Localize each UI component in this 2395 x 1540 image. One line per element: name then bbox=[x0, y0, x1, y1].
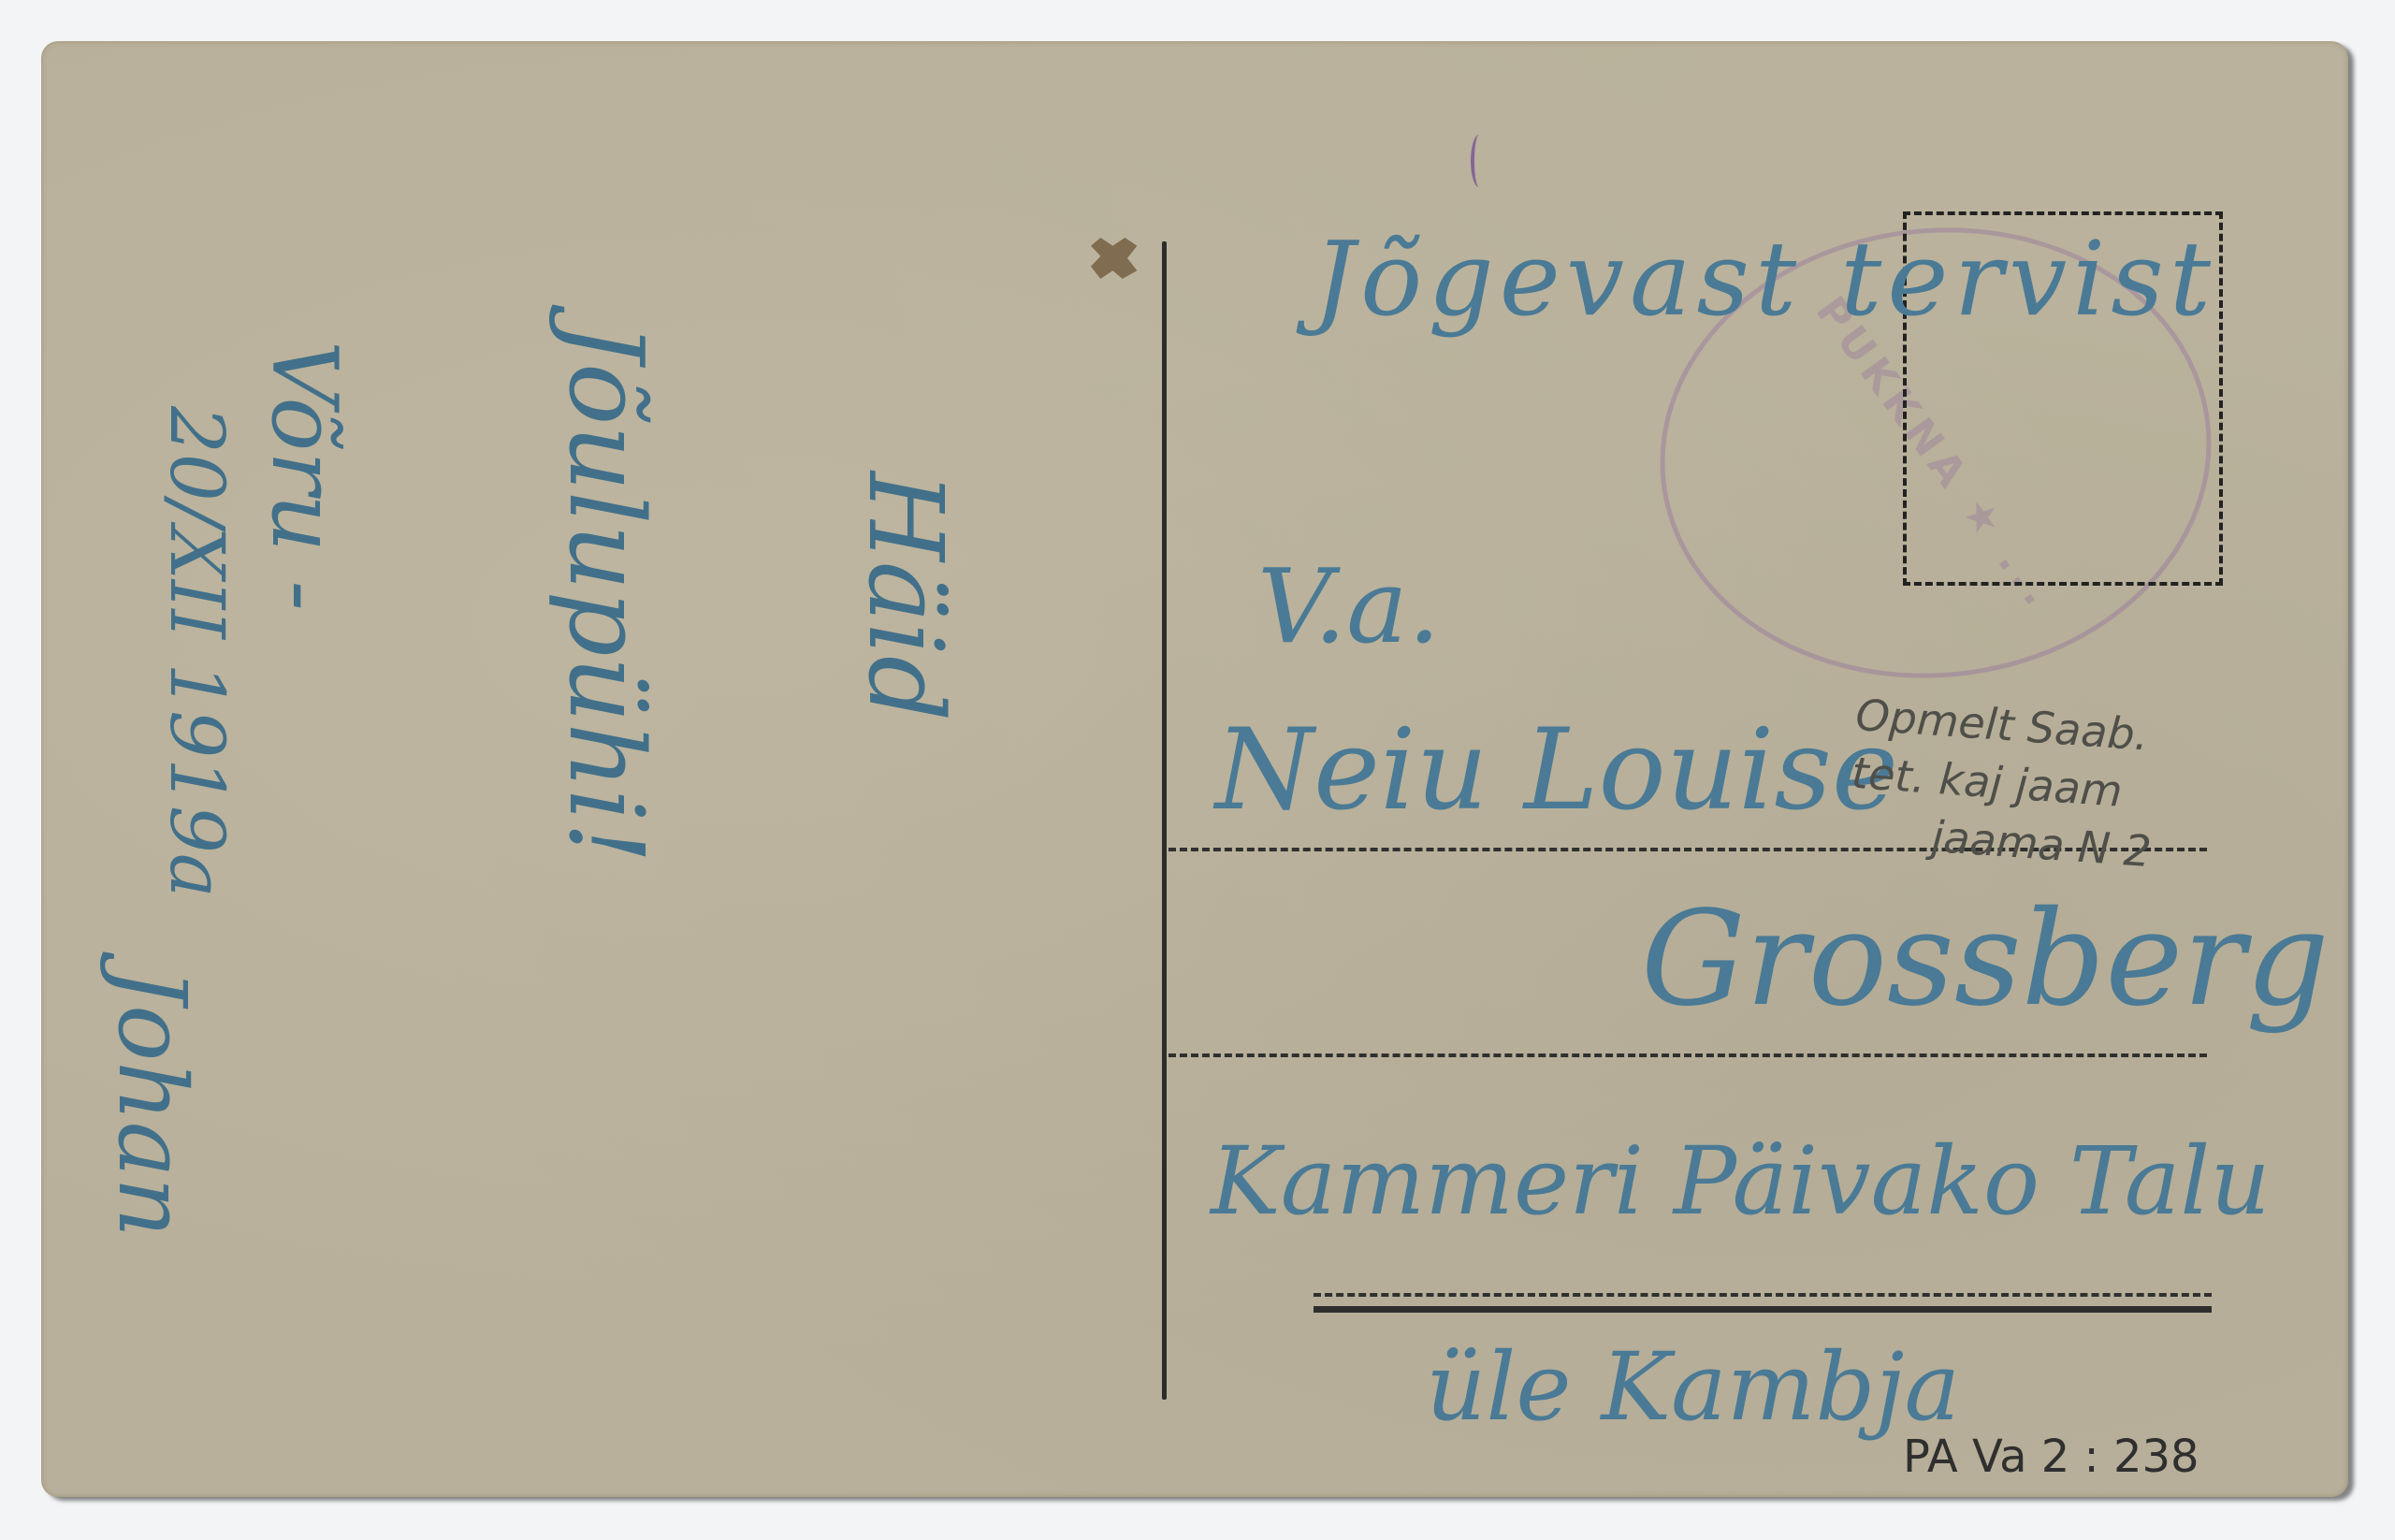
signature-name: Johan bbox=[97, 967, 207, 1238]
address-line-2 bbox=[1168, 1053, 2207, 1057]
message-line-1: Häid bbox=[846, 472, 965, 721]
postcard: PUKKNA ★ ... Jõgevast tervist V.a. Neiu … bbox=[41, 41, 2348, 1497]
message-line-2: Jõulupühi! bbox=[546, 322, 666, 1519]
recipient-name: Neiu Louise bbox=[1215, 705, 1898, 835]
vertical-divider-line bbox=[1162, 241, 1167, 1400]
archive-reference: PA Va 2 : 238 bbox=[1903, 1431, 2199, 1483]
recipient-surname: Grossberg bbox=[1641, 883, 2330, 1036]
greeting-text: Jõgevast tervist bbox=[1314, 219, 2216, 339]
pencil-annotation: Opmelt Saab. tet. kaj jaam jaama N 2 bbox=[1846, 686, 2161, 880]
recipient-place: Kammeri Päivako Talu bbox=[1211, 1126, 2271, 1236]
purple-pen-mark bbox=[1471, 135, 1488, 187]
ink-stain bbox=[1091, 238, 1139, 279]
address-line-3-dashed bbox=[1314, 1293, 2212, 1297]
signature-place: Võru - bbox=[252, 341, 356, 611]
recipient-via: üle Kambja bbox=[1426, 1332, 1960, 1442]
address-line-3-solid bbox=[1314, 1306, 2212, 1313]
signature-date: 20/XII 1919a bbox=[153, 406, 240, 898]
recipient-salutation: V.a. bbox=[1257, 546, 1441, 666]
